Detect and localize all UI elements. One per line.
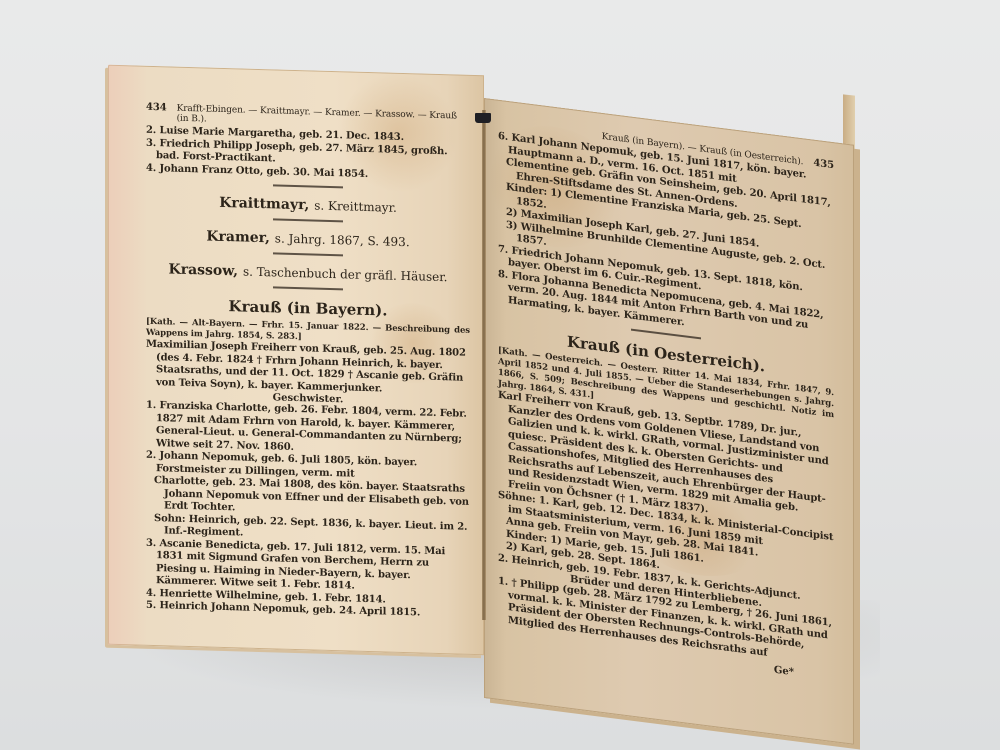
divider-rule [273,286,343,290]
xref-kramer: Kramer, s. Jahrg. 1867, S. 493. [146,227,470,252]
ribbon-bookmark [475,113,491,123]
page-number: 434 [146,102,167,114]
xref-kraittmayr: Kraittmayr, s. Kreittmayr. [146,193,470,218]
right-page: Krauß (in Bayern). — Krauß (in Oesterrei… [484,98,854,745]
spine-gutter [482,110,486,620]
divider-rule [273,218,343,222]
divider-rule [273,184,343,188]
head-of-house: Maximilian Joseph Freiherr von Krauß, ge… [146,339,470,398]
sibling-entry: 1. Franziska Charlotte, geb. 26. Febr. 1… [146,400,470,459]
page-number: 435 [813,158,834,172]
sibling-entry: 3. Ascanie Benedicta, geb. 17. Juli 1812… [146,537,470,596]
xref-name: Krassow, [169,261,239,279]
divider-rule [273,252,343,256]
xref-krassow: Krassow, s. Taschenbuch der gräfl. Häuse… [146,261,470,286]
xref-name: Kramer, [206,228,270,246]
xref-name: Kraittmayr, [219,195,309,214]
xref-target: s. Taschenbuch der gräfl. Häuser. [243,265,448,285]
left-page: 434 Krafft-Ebingen. — Kraittmayr. — Kram… [108,65,484,656]
xref-target: s. Kreittmayr. [314,199,397,215]
xref-target: s. Jahrg. 1867, S. 493. [275,231,410,249]
